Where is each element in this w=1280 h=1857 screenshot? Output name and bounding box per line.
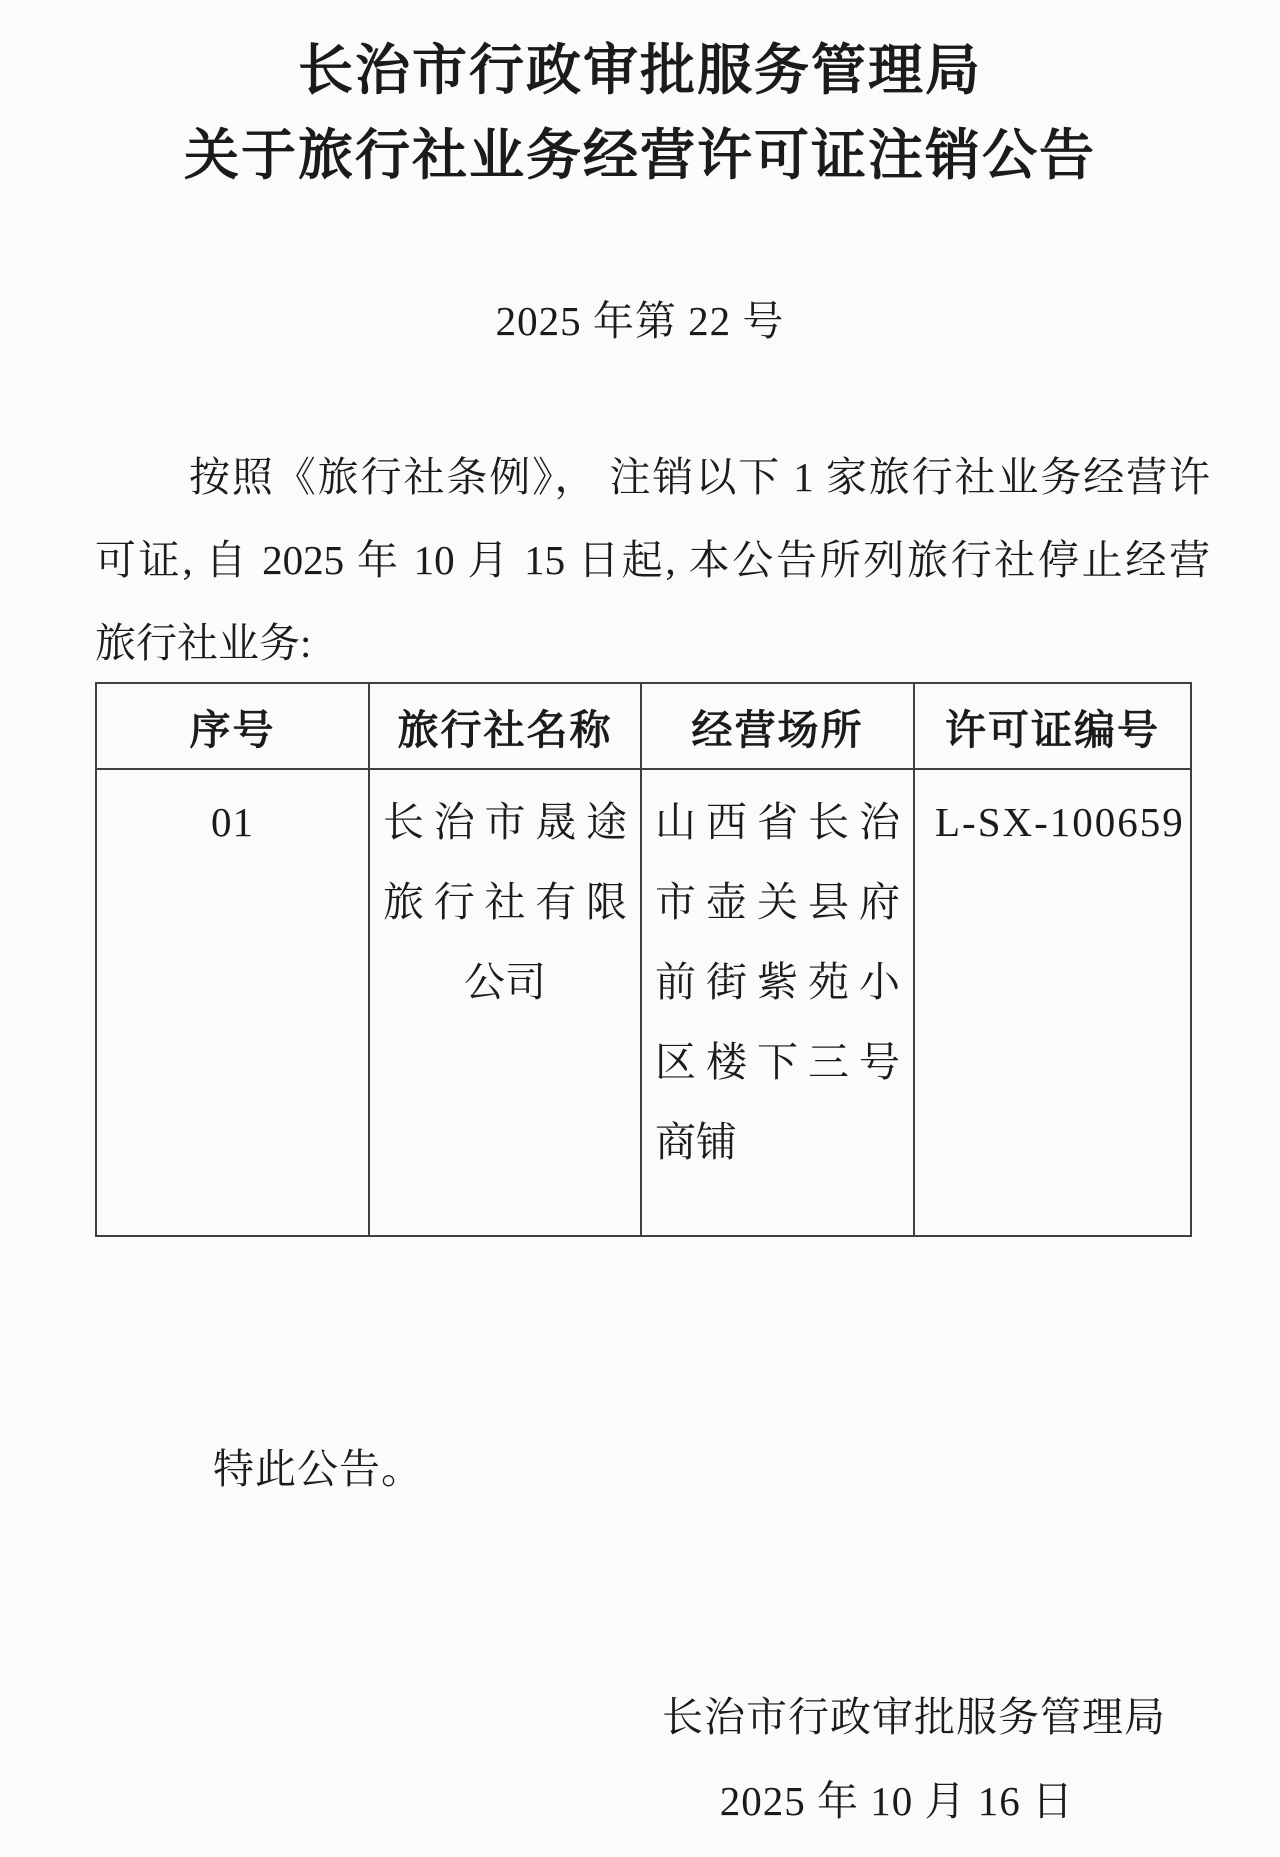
row-index-value: 01 [97, 782, 368, 862]
paragraph-line-1: 按照《旅行社条例》， 注销以下 1 家旅行社业务经营许 [95, 436, 1210, 519]
address-line-3: 前街紫苑小 [642, 942, 913, 1022]
address-line-4: 区楼下三号 [642, 1022, 913, 1102]
cell-business-address: 山西省长治 市壶关县府 前街紫苑小 区楼下三号 商铺 [641, 769, 914, 1236]
address-line-5: 商铺 [642, 1102, 913, 1182]
agency-name-line-1: 长治市晟途 [370, 782, 640, 862]
col-header-index: 序号 [96, 683, 369, 769]
cell-agency-name: 长治市晟途 旅行社有限 公司 [369, 769, 641, 1236]
table-row: 01 长治市晟途 旅行社有限 公司 山西省长治 市壶关县府 前街紫苑小 [96, 769, 1191, 1236]
title-line-subject: 关于旅行社业务经营许可证注销公告 [0, 113, 1280, 198]
col-header-business-address: 经营场所 [641, 683, 914, 769]
body-paragraph: 按照《旅行社条例》， 注销以下 1 家旅行社业务经营许 可证, 自 2025 年… [95, 436, 1210, 685]
issuing-authority-signature: 长治市行政审批服务管理局 [662, 1684, 1166, 1743]
agency-name-line-2: 旅行社有限 [370, 862, 640, 942]
cell-index: 01 [96, 769, 369, 1236]
address-line-1: 山西省长治 [642, 782, 913, 862]
table-header-row: 序号 旅行社名称 经营场所 许可证编号 [96, 683, 1191, 769]
closing-statement: 特此公告。 [213, 1436, 423, 1495]
col-header-agency-name: 旅行社名称 [369, 683, 641, 769]
cancellation-table: 序号 旅行社名称 经营场所 许可证编号 01 长治市晟途 旅行社有限 公司 [95, 682, 1192, 1237]
agency-name-line-3: 公司 [370, 942, 640, 1022]
title-line-authority: 长治市行政审批服务管理局 [0, 28, 1280, 113]
page-title: 长治市行政审批服务管理局 关于旅行社业务经营许可证注销公告 [0, 28, 1280, 198]
issue-date: 2025 年 10 月 16 日 [720, 1768, 1074, 1827]
paragraph-line-3: 旅行社业务: [95, 602, 1210, 685]
license-number-value: L-SX-100659 [915, 782, 1190, 862]
address-line-2: 市壶关县府 [642, 862, 913, 942]
col-header-license-number: 许可证编号 [914, 683, 1191, 769]
document-number: 2025 年第 22 号 [0, 288, 1280, 347]
cell-license-number: L-SX-100659 [914, 769, 1191, 1236]
paragraph-line-2: 可证, 自 2025 年 10 月 15 日起, 本公告所列旅行社停止经营 [95, 519, 1210, 602]
announcement-document: 长治市行政审批服务管理局 关于旅行社业务经营许可证注销公告 2025 年第 22… [0, 0, 1280, 1857]
